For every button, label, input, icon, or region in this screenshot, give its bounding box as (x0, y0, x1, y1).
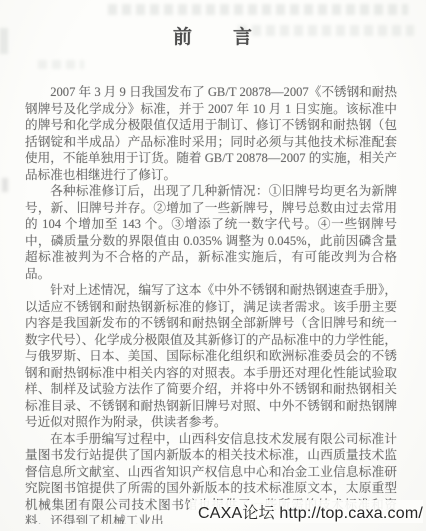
page-title: 前 言 (0, 22, 426, 49)
bleed-through-artifact (108, 4, 408, 15)
caxa-forum-watermark: CAXA论坛 http://top.caxa.com/ (190, 500, 423, 523)
preface-body: 2007 年 3 月 9 日我国发布了 GB/T 20878—2007《不锈钢和… (25, 84, 397, 524)
page-edge-artifact (2, 178, 8, 192)
bleed-through-artifact (38, 60, 84, 69)
body-paragraph: 针对上述情况，编写了这本《中外不锈钢和耐热钢速查手册》，以适应不锈钢和耐热钢新标… (25, 282, 397, 431)
scanned-book-page: 前 言 2007 年 3 月 9 日我国发布了 GB/T 20878—2007《… (0, 0, 426, 531)
body-paragraph: 2007 年 3 月 9 日我国发布了 GB/T 20878—2007《不锈钢和… (25, 84, 397, 183)
body-paragraph: 各种标准修订后，出现了几种新情况：①旧牌号均更名为新牌号，新、旧牌号并存。②增加… (25, 183, 397, 282)
